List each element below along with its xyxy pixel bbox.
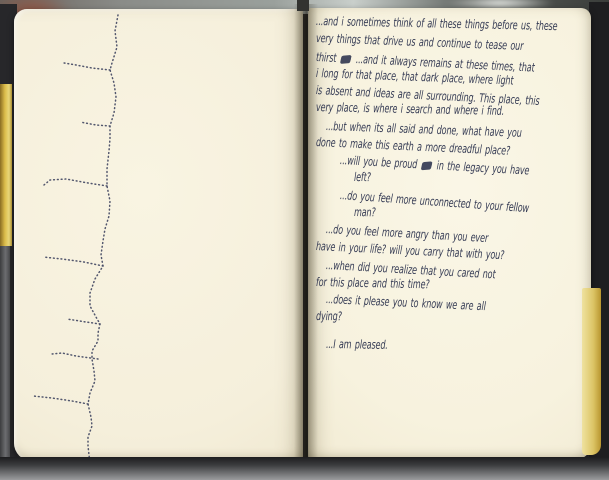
right-page: ...and i sometimes think of all these th… <box>308 8 591 459</box>
handwritten-journal-text: ...and i sometimes think of all these th… <box>312 8 591 459</box>
handwritten-line: ...does it please you to know we are all <box>326 293 486 313</box>
handwritten-line: very things that drive us and continue t… <box>316 32 524 53</box>
gray-cover-spine-left <box>0 246 10 460</box>
handwritten-line: very place, is where i search and where … <box>316 101 504 118</box>
notebook-photo: ...and i sometimes think of all these th… <box>0 0 609 480</box>
handwritten-line: left? <box>354 171 371 184</box>
handwritten-line: ...and i sometimes think of all these th… <box>316 15 558 33</box>
left-page <box>14 9 303 461</box>
yellow-page-edges-left <box>0 84 12 246</box>
handwritten-line: dying? <box>316 310 342 323</box>
scribble-mark <box>421 161 433 170</box>
gutter-top-shadow <box>297 0 309 11</box>
handwritten-line: man? <box>354 206 376 219</box>
scribble-mark <box>340 55 352 64</box>
yellow-page-edges-right <box>582 288 601 455</box>
notebook-bottom-cover <box>0 457 609 480</box>
dotted-ink-branch-doodle <box>14 9 303 461</box>
handwritten-line: for this place and this time? <box>316 276 430 291</box>
handwritten-line: ...I am pleased. <box>326 338 388 352</box>
